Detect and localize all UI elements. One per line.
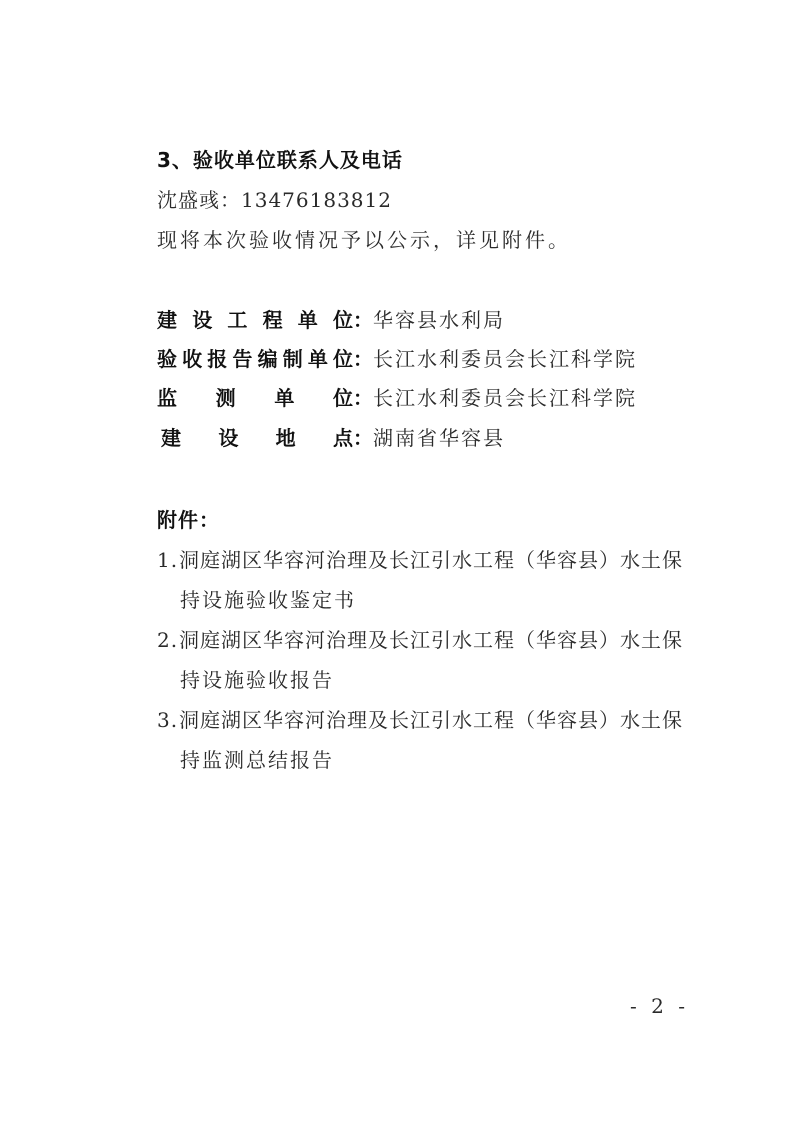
attachments-heading: 附件： (157, 508, 220, 532)
attachment-title-line1: 洞庭湖区华容河治理及长江引水工程（华容县）水土保 (179, 628, 683, 652)
unit-value: 华容县水利局 (373, 308, 505, 332)
unit-value: 湖南省华容县 (373, 426, 505, 450)
unit-row-monitoring: 监测单位：长江水利委员会长江科学院 (157, 386, 637, 410)
page-number: - 2 - (630, 994, 689, 1018)
attachment-item-2: 2.洞庭湖区华容河治理及长江引水工程（华容县）水土保 (157, 628, 683, 652)
attachment-title-line2: 持设施验收报告 (180, 668, 334, 692)
attachment-title-line1: 洞庭湖区华容河治理及长江引水工程（华容县）水土保 (179, 548, 683, 572)
section-heading: 3、验收单位联系人及电话 (157, 148, 403, 172)
attachment-number: 3. (157, 708, 179, 732)
unit-colon: ： (353, 347, 373, 371)
unit-row-location: 建设地点：湖南省华容县 (161, 426, 505, 450)
unit-colon: ： (353, 426, 373, 450)
unit-row-report-compiler: 验收报告编制单位：长江水利委员会长江科学院 (157, 347, 637, 371)
unit-value: 长江水利委员会长江科学院 (373, 386, 637, 410)
attachment-title-line2: 持设施验收鉴定书 (180, 588, 356, 612)
attachment-number: 1. (157, 548, 179, 572)
unit-row-construction: 建设工程单位：华容县水利局 (157, 308, 505, 332)
contact-name-label: 沈盛彧： (157, 188, 241, 212)
unit-value: 长江水利委员会长江科学院 (373, 347, 637, 371)
unit-colon: ： (353, 308, 373, 332)
attachment-item-3: 3.洞庭湖区华容河治理及长江引水工程（华容县）水土保 (157, 708, 683, 732)
announcement-text: 现将本次验收情况予以公示，详见附件。 (157, 228, 571, 252)
attachment-number: 2. (157, 628, 179, 652)
document-page: 3、验收单位联系人及电话 沈盛彧：13476183812 现将本次验收情况予以公… (0, 0, 793, 1122)
unit-colon: ： (353, 386, 373, 410)
unit-label: 建设地点 (161, 426, 353, 450)
attachment-title-line2: 持监测总结报告 (180, 748, 334, 772)
attachment-title-line1: 洞庭湖区华容河治理及长江引水工程（华容县）水土保 (179, 708, 683, 732)
unit-label: 验收报告编制单位 (157, 347, 353, 371)
unit-label: 监测单位 (157, 386, 353, 410)
attachment-item-1: 1.洞庭湖区华容河治理及长江引水工程（华容县）水土保 (157, 548, 683, 572)
unit-label: 建设工程单位 (157, 308, 353, 332)
contact-line: 沈盛彧：13476183812 (157, 188, 392, 212)
contact-phone: 13476183812 (241, 188, 392, 212)
